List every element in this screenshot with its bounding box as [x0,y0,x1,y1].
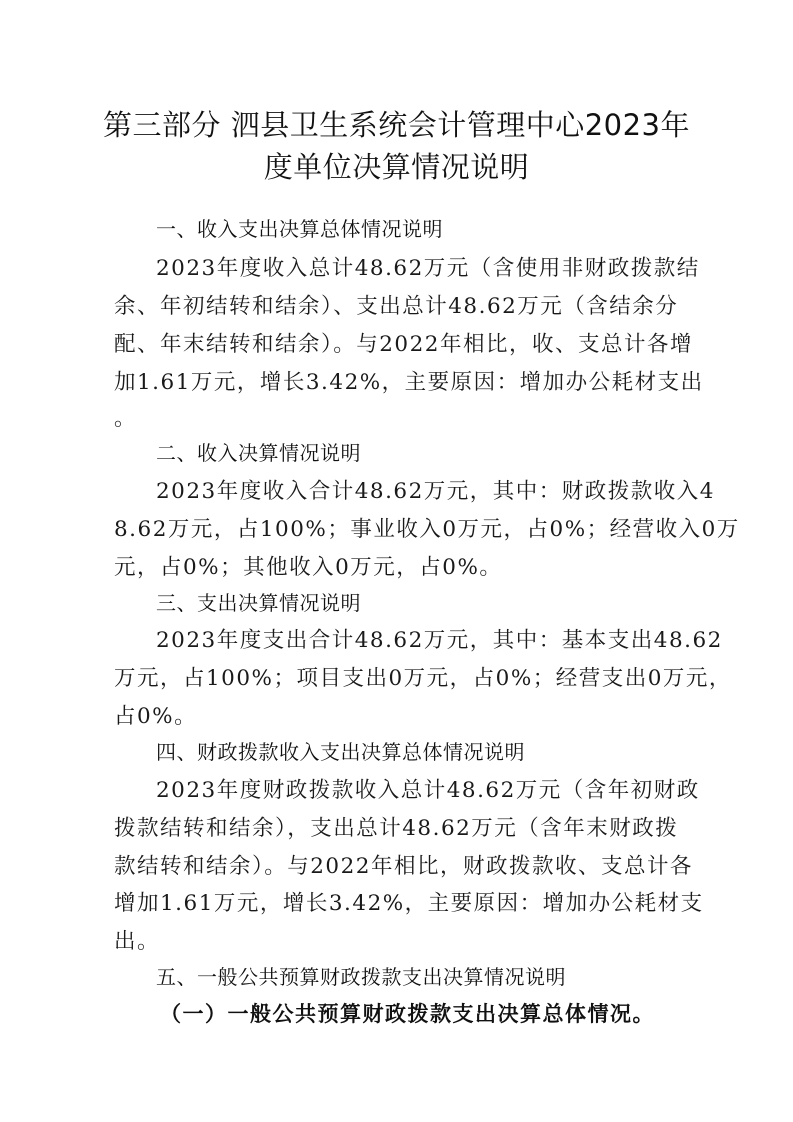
document-title-line-1: 第三部分 泗县卫生系统会计管理中心2023年 [0,104,793,146]
section-1-heading: 一、收入支出决算总体情况说明 [156,214,443,244]
section-1-line-1: 2023年度收入总计48.62万元（含使用非财政拨款结 [156,254,700,284]
section-1-line-4: 加1.61万元，增长3.42%，主要原因：增加办公耗材支出 [114,368,704,398]
section-4-line-3: 款结转和结余）。与2022年相比，财政拨款收、支总计各 [114,852,693,882]
section-2-line-2: 8.62万元，占100%；事业收入0万元，占0%；经营收入0万 [114,515,740,545]
section-5-sub-heading: （一）一般公共预算财政拨款支出决算总体情况。 [160,999,655,1029]
section-4-line-1: 2023年度财政拨款收入总计48.62万元（含年初财政 [156,776,700,806]
section-3-line-1: 2023年度支出合计48.62万元，其中：基本支出48.62 [156,626,723,656]
section-1-line-3: 配、年末结转和结余）。与2022年相比，收、支总计各增 [114,330,693,360]
section-4-heading: 四、财政拨款收入支出决算总体情况说明 [156,737,525,767]
section-3-line-3: 占0%。 [114,702,197,732]
document-title-line-2: 度单位决算情况说明 [0,146,793,188]
section-5-heading: 五、一般公共预算财政拨款支出决算情况说明 [156,962,566,992]
section-4-line-5: 出。 [114,927,160,957]
section-1-line-2: 余、年初结转和结余）、支出总计48.62万元（含结余分 [114,292,678,322]
section-4-line-4: 增加1.61万元，增长3.42%，主要原因：增加办公耗材支 [114,889,704,919]
section-1-line-5: 。 [114,404,137,434]
section-2-heading: 二、收入决算情况说明 [156,438,361,468]
section-4-line-2: 拨款结转和结余），支出总计48.62万元（含年末财政拨 [114,814,678,844]
section-2-line-3: 元，占0%；其他收入0万元，占0%。 [114,553,502,583]
section-3-line-2: 万元，占100%；项目支出0万元，占0%；经营支出0万元， [114,664,732,694]
section-3-heading: 三、支出决算情况说明 [156,588,361,618]
section-2-line-1: 2023年度收入合计48.62万元，其中：财政拨款收入4 [156,477,715,507]
document-page: 第三部分 泗县卫生系统会计管理中心2023年 度单位决算情况说明 一、收入支出决… [0,0,793,1122]
